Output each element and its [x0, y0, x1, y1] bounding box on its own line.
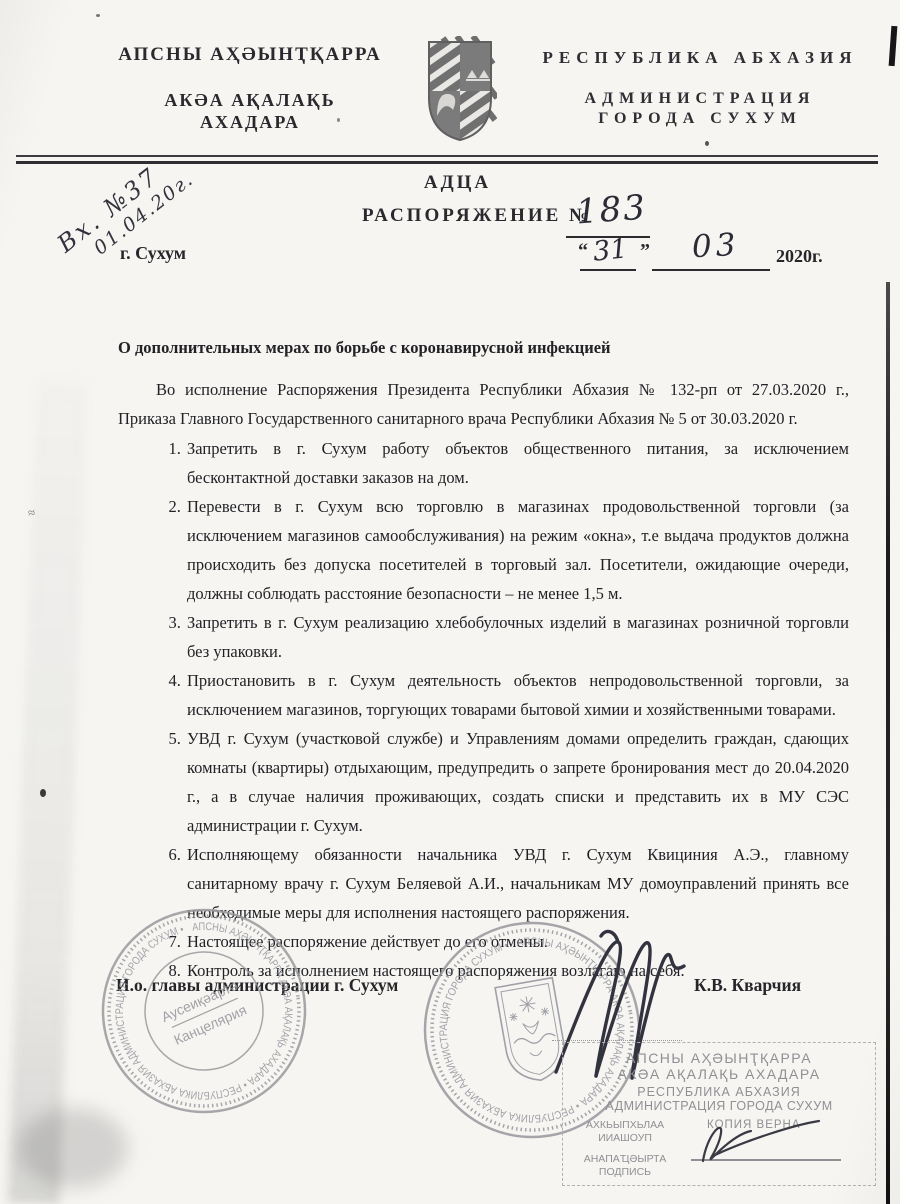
- scanned-document-page: АПСНЫ АҲӘЫНҬҚАРРА АКӘА АҚАЛАҚЬ АХАДАРА Р…: [0, 0, 900, 1204]
- scan-speck: [40, 789, 46, 797]
- scan-speck: [705, 141, 709, 146]
- list-item: Запретить в г. Сухум работу объектов общ…: [185, 434, 849, 492]
- list-item: Приостановить в г. Сухум деятельность об…: [185, 666, 849, 724]
- subject-line: О дополнительных мерах по борьбе с корон…: [118, 333, 849, 362]
- rect-copy-stamp: АПСНЫ АҲӘЫНҬҚАРРА АКӘА АҚАЛАҚЬ АХАДАРА Р…: [562, 1042, 876, 1186]
- list-item: УВД г. Сухум (участковой службе) и Управ…: [185, 724, 849, 840]
- scan-smudge-corner: [18, 1108, 128, 1188]
- date-day-underline: [580, 269, 636, 271]
- header-city-abkhaz: АКӘА АҚАЛАҚЬ: [90, 90, 410, 111]
- date-quote-open: “: [578, 240, 588, 263]
- rect-stamp-line2: АКӘА АҚАЛАҚЬ АХАДАРА: [563, 1066, 875, 1082]
- date-day-handwritten: 31: [591, 233, 628, 267]
- stamp-sig-label1: АНАПАҴӘЫРТА: [571, 1153, 679, 1166]
- stamp-label-abkhaz2: ИИАШОУП: [571, 1132, 679, 1145]
- date-quote-close: ”: [640, 240, 650, 263]
- round-stamp-chancellery: АПСНЫ АҲӘЫНҬҚАРРА АКӘА АҚАЛАҚЬ АХАДАРА •…: [84, 891, 323, 1130]
- list-item: Перевести в г. Сухум всю торговлю в мага…: [185, 492, 849, 608]
- document-type: РАСПОРЯЖЕНИЕ №: [362, 205, 591, 227]
- stamp-sig-label2: ПОДПИСЬ: [571, 1166, 679, 1179]
- header-country-abkhaz: АПСНЫ АҲӘЫНҬҚАРРА: [90, 44, 410, 66]
- header-country-russian: РЕСПУБЛИКА АБХАЗИЯ: [520, 48, 880, 68]
- scan-smudge-left: [8, 379, 89, 1204]
- rect-stamp-line1: АПСНЫ АҲӘЫНҬҚАРРА: [563, 1050, 875, 1066]
- rect-stamp-line3: РЕСПУБЛИКА АБХАЗИЯ: [563, 1085, 875, 1099]
- stamp-label-abkhaz1: АХКЬЫПХЬЛАА: [571, 1119, 679, 1132]
- header-divider-top: [16, 155, 878, 157]
- header-city-russian: ГОРОДА СУХУМ: [520, 110, 880, 128]
- scan-speck: [337, 118, 340, 122]
- scan-speck: [96, 14, 100, 17]
- header-left-abkhaz: АПСНЫ АҲӘЫНҬҚАРРА АКӘА АҚАЛАҚЬ АХАДАРА: [90, 44, 410, 133]
- document-body: О дополнительных мерах по борьбе с корон…: [118, 333, 849, 985]
- title-abkhaz: АДЦА: [0, 172, 900, 194]
- header-right-russian: РЕСПУБЛИКА АБХАЗИЯ АДМИНИСТРАЦИЯ ГОРОДА …: [520, 48, 880, 128]
- list-item: Запретить в г. Сухум реализацию хлебобул…: [185, 608, 849, 666]
- copy-handwritten-signature: [685, 1111, 845, 1167]
- date-month-underline: [652, 269, 770, 271]
- date-month-handwritten: 03: [691, 227, 740, 265]
- header-admin-abkhaz: АХАДАРА: [90, 112, 410, 133]
- rect-stamp-left-labels: АХКЬЫПХЬЛАА ИИАШОУП АНАПАҴӘЫРТА ПОДПИСЬ: [563, 1119, 679, 1179]
- header-admin-russian: АДМИНИСТРАЦИЯ: [520, 90, 880, 108]
- document-number-handwritten: 183: [575, 188, 649, 233]
- date-year: 2020г.: [776, 246, 823, 267]
- scan-corner-mark: [889, 26, 898, 66]
- coat-of-arms-icon: [423, 36, 497, 142]
- scan-edge-line: [886, 282, 890, 1204]
- preamble-paragraph: Во исполнение Распоряжения Президента Ре…: [118, 375, 849, 433]
- city-label: г. Сухум: [120, 243, 186, 264]
